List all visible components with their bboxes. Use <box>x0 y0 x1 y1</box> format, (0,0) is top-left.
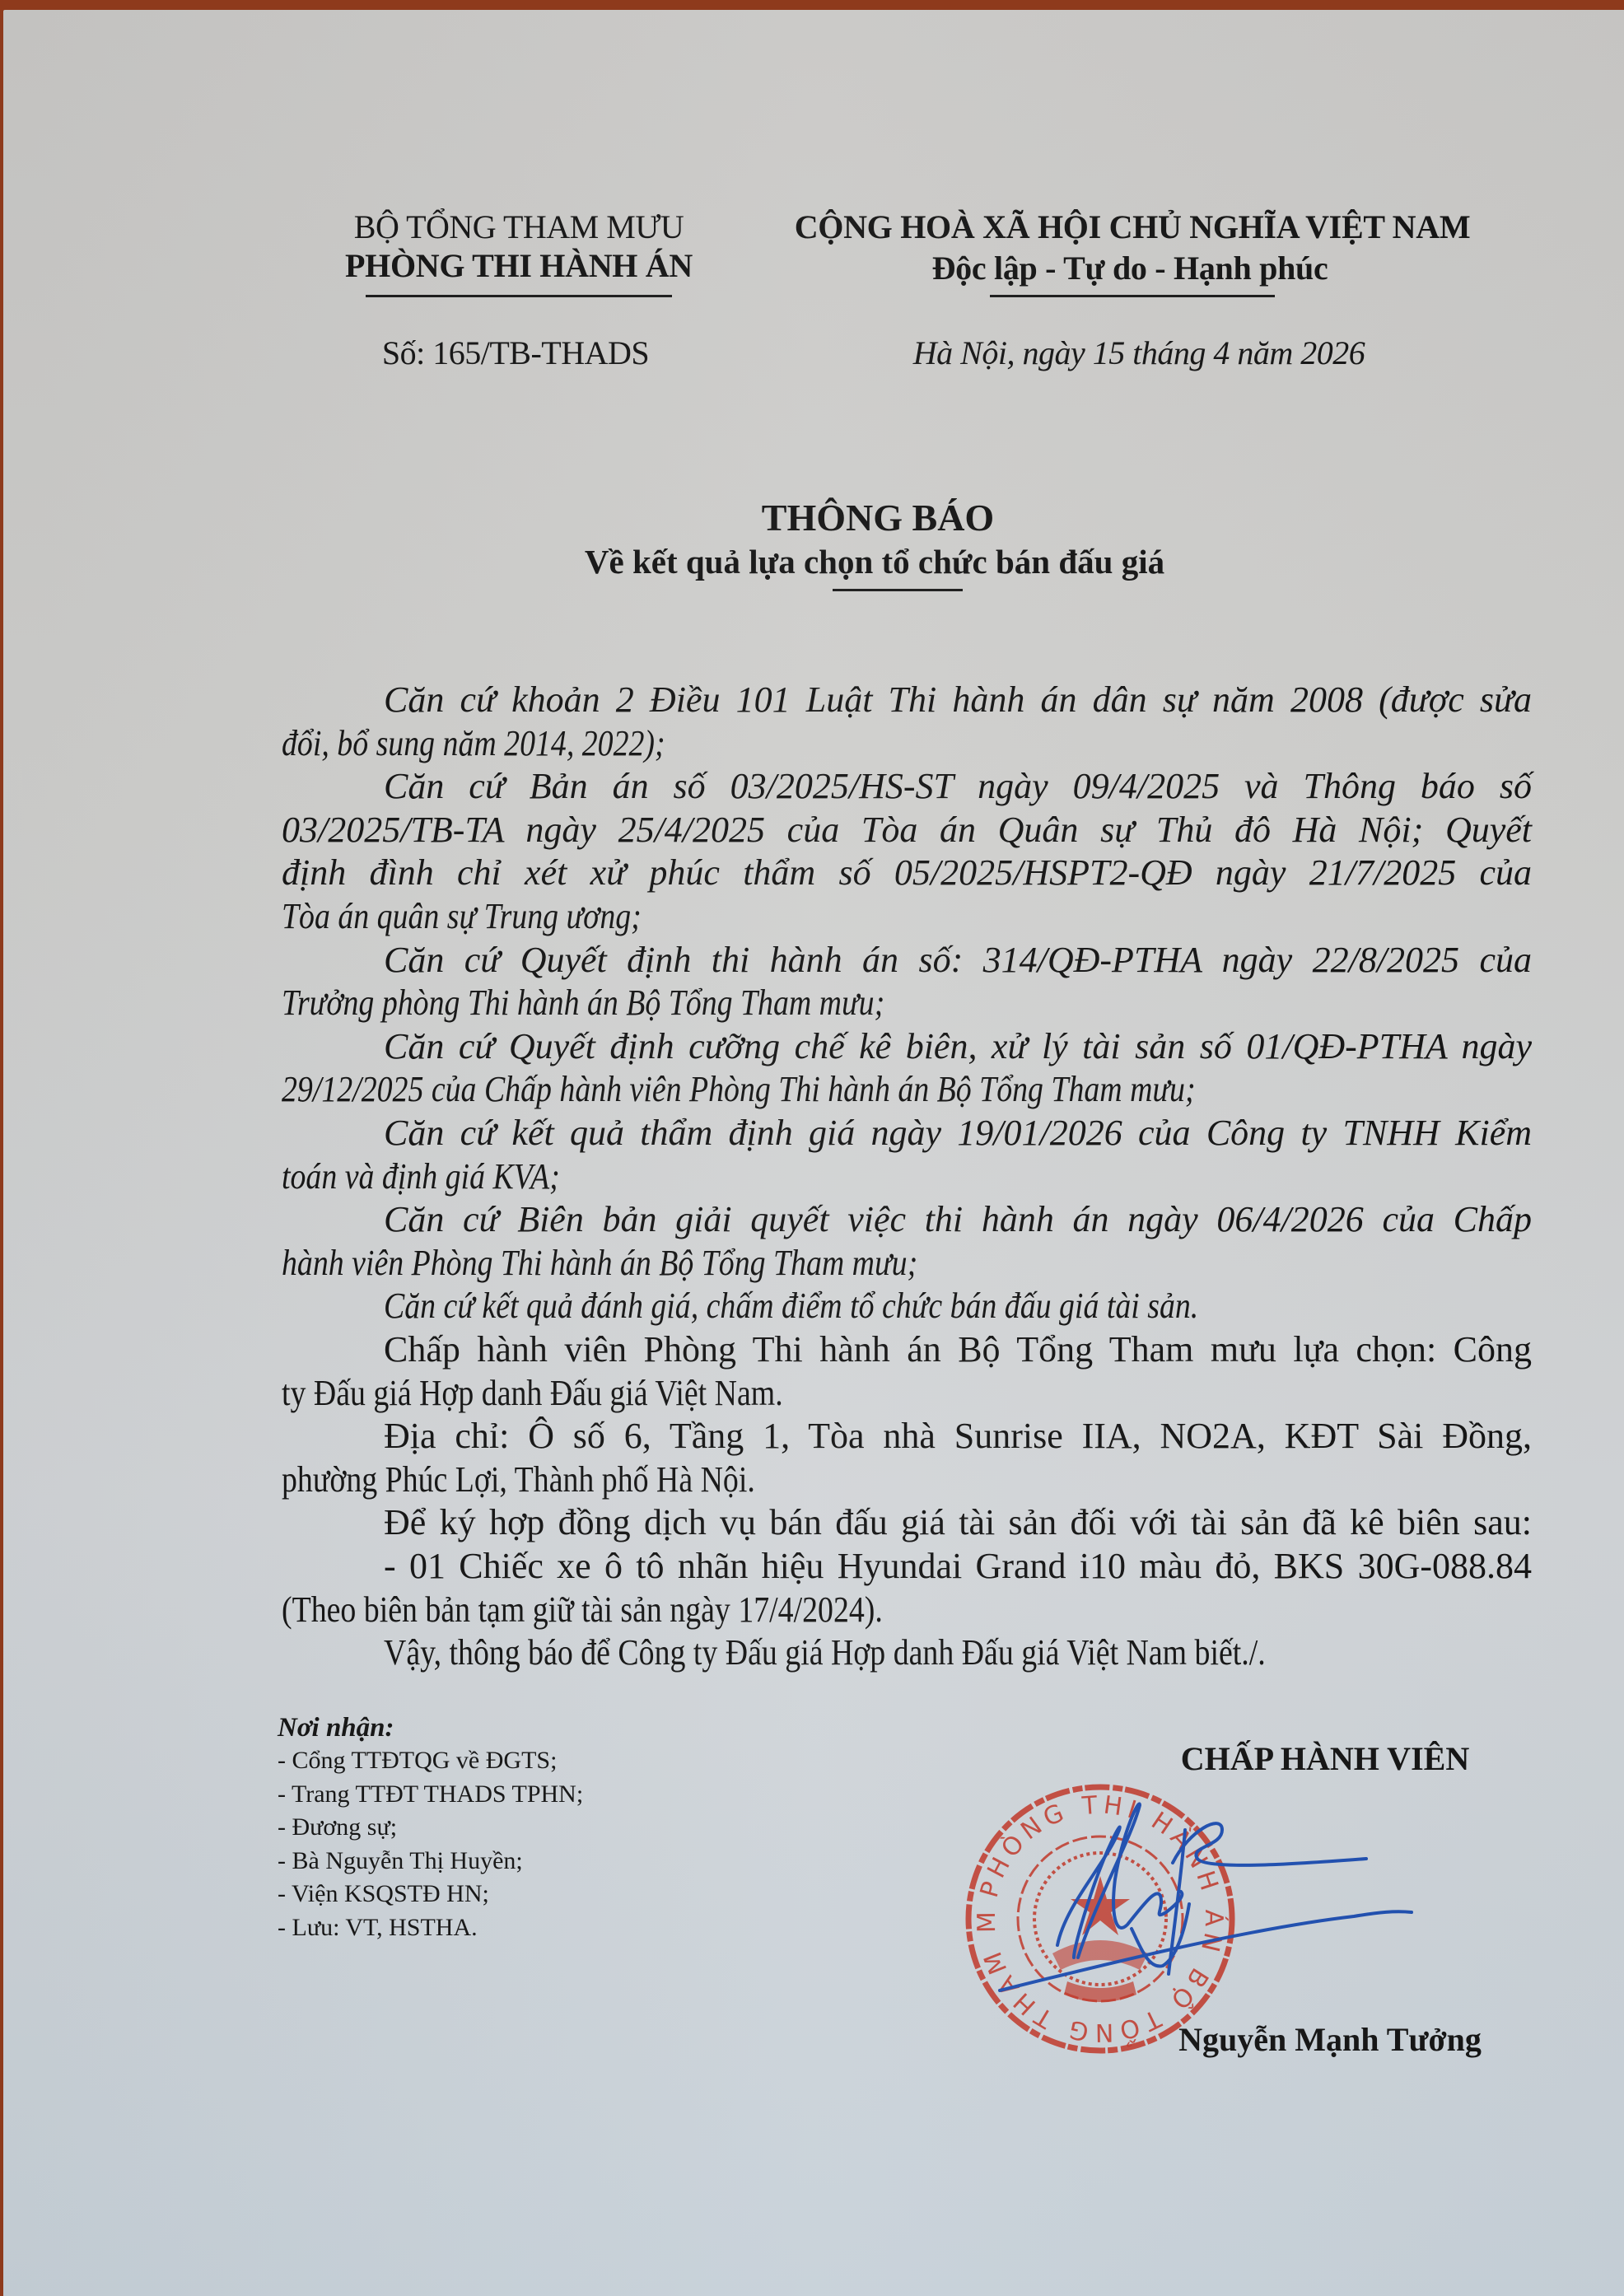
body-line: Tòa án quân sự Trung ương; <box>282 895 642 938</box>
agency-underline <box>366 295 672 297</box>
recipient-item: - Lưu: VT, HSTHA. <box>278 1914 478 1942</box>
body-line: hành viên Phòng Thi hành án Bộ Tổng Tham… <box>282 1242 917 1285</box>
place-and-date: Hà Nội, ngày 15 tháng 4 năm 2026 <box>913 334 1365 372</box>
body-line: - 01 Chiếc xe ô tô nhãn hiệu Hyundai Gra… <box>384 1545 1532 1588</box>
body-line: định đình chỉ xét xử phúc thẩm số 05/202… <box>282 852 1532 894</box>
signer-title: CHẤP HÀNH VIÊN <box>1181 1739 1469 1778</box>
body-line: Địa chỉ: Ô số 6, Tầng 1, Tòa nhà Sunrise… <box>384 1415 1532 1458</box>
body-line: Căn cứ Quyết định thi hành án số: 314/QĐ… <box>384 939 1532 982</box>
body-line: Trưởng phòng Thi hành án Bộ Tổng Tham mư… <box>282 982 884 1024</box>
recipient-item: - Bà Nguyễn Thị Huyền; <box>278 1847 523 1875</box>
body-line: Căn cứ Bản án số 03/2025/HS-ST ngày 09/4… <box>384 765 1532 808</box>
agency-name: PHÒNG THI HÀNH ÁN <box>345 246 693 285</box>
country-name: CỘNG HOÀ XÃ HỘI CHỦ NGHĨA VIỆT NAM <box>795 208 1471 246</box>
body-line: ty Đấu giá Hợp danh Đấu giá Việt Nam. <box>282 1372 783 1415</box>
body-line: Căn cứ kết quả thẩm định giá ngày 19/01/… <box>384 1112 1532 1155</box>
motto-underline <box>990 295 1275 297</box>
body-line: Vậy, thông báo để Công ty Đấu giá Hợp da… <box>384 1631 1266 1674</box>
body-line: phường Phúc Lợi, Thành phố Hà Nội. <box>282 1458 755 1501</box>
recipient-item: - Trang TTĐT THADS TPHN; <box>278 1780 583 1808</box>
document-subtitle: Về kết quả lựa chọn tổ chức bán đấu giá <box>585 542 1164 581</box>
body-line: Căn cứ Quyết định cưỡng chế kê biên, xử … <box>384 1025 1532 1068</box>
document-title: THÔNG BÁO <box>762 496 994 539</box>
signer-name: Nguyễn Mạnh Tưởng <box>1178 2020 1482 2059</box>
recipient-item: - Cổng TTĐTQG về ĐGTS; <box>278 1747 557 1775</box>
document-page: BỘ TỔNG THAM MƯU PHÒNG THI HÀNH ÁN Số: 1… <box>3 10 1624 2296</box>
body-line: toán và định giá KVA; <box>282 1155 560 1198</box>
document-number: Số: 165/TB-THADS <box>382 334 649 372</box>
body-line: đổi, bổ sung năm 2014, 2022); <box>282 722 665 765</box>
recipient-item: - Đương sự; <box>278 1813 397 1841</box>
body-line: Chấp hành viên Phòng Thi hành án Bộ Tổng… <box>384 1328 1532 1371</box>
body-line: Căn cứ khoản 2 Điều 101 Luật Thi hành án… <box>384 679 1532 721</box>
recipients-heading: Nơi nhận: <box>278 1713 394 1743</box>
body-line: (Theo biên bản tạm giữ tài sản ngày 17/4… <box>282 1589 883 1631</box>
body-line: Căn cứ Biên bản giải quyết việc thi hành… <box>384 1198 1532 1241</box>
national-motto: Độc lập - Tự do - Hạnh phúc <box>932 249 1328 287</box>
title-underline <box>833 589 963 591</box>
handwritten-signature-icon <box>950 1780 1593 2044</box>
body-line: Căn cứ kết quả đánh giá, chấm điểm tổ ch… <box>384 1285 1198 1328</box>
body-line: 03/2025/TB-TA ngày 25/4/2025 của Tòa án … <box>282 809 1532 852</box>
body-line: 29/12/2025 của Chấp hành viên Phòng Thi … <box>282 1068 1196 1111</box>
agency-parent: BỘ TỔNG THAM MƯU <box>354 208 684 246</box>
body-line: Để ký hợp đồng dịch vụ bán đấu giá tài s… <box>384 1501 1532 1544</box>
recipient-item: - Viện KSQSTĐ HN; <box>278 1880 489 1908</box>
